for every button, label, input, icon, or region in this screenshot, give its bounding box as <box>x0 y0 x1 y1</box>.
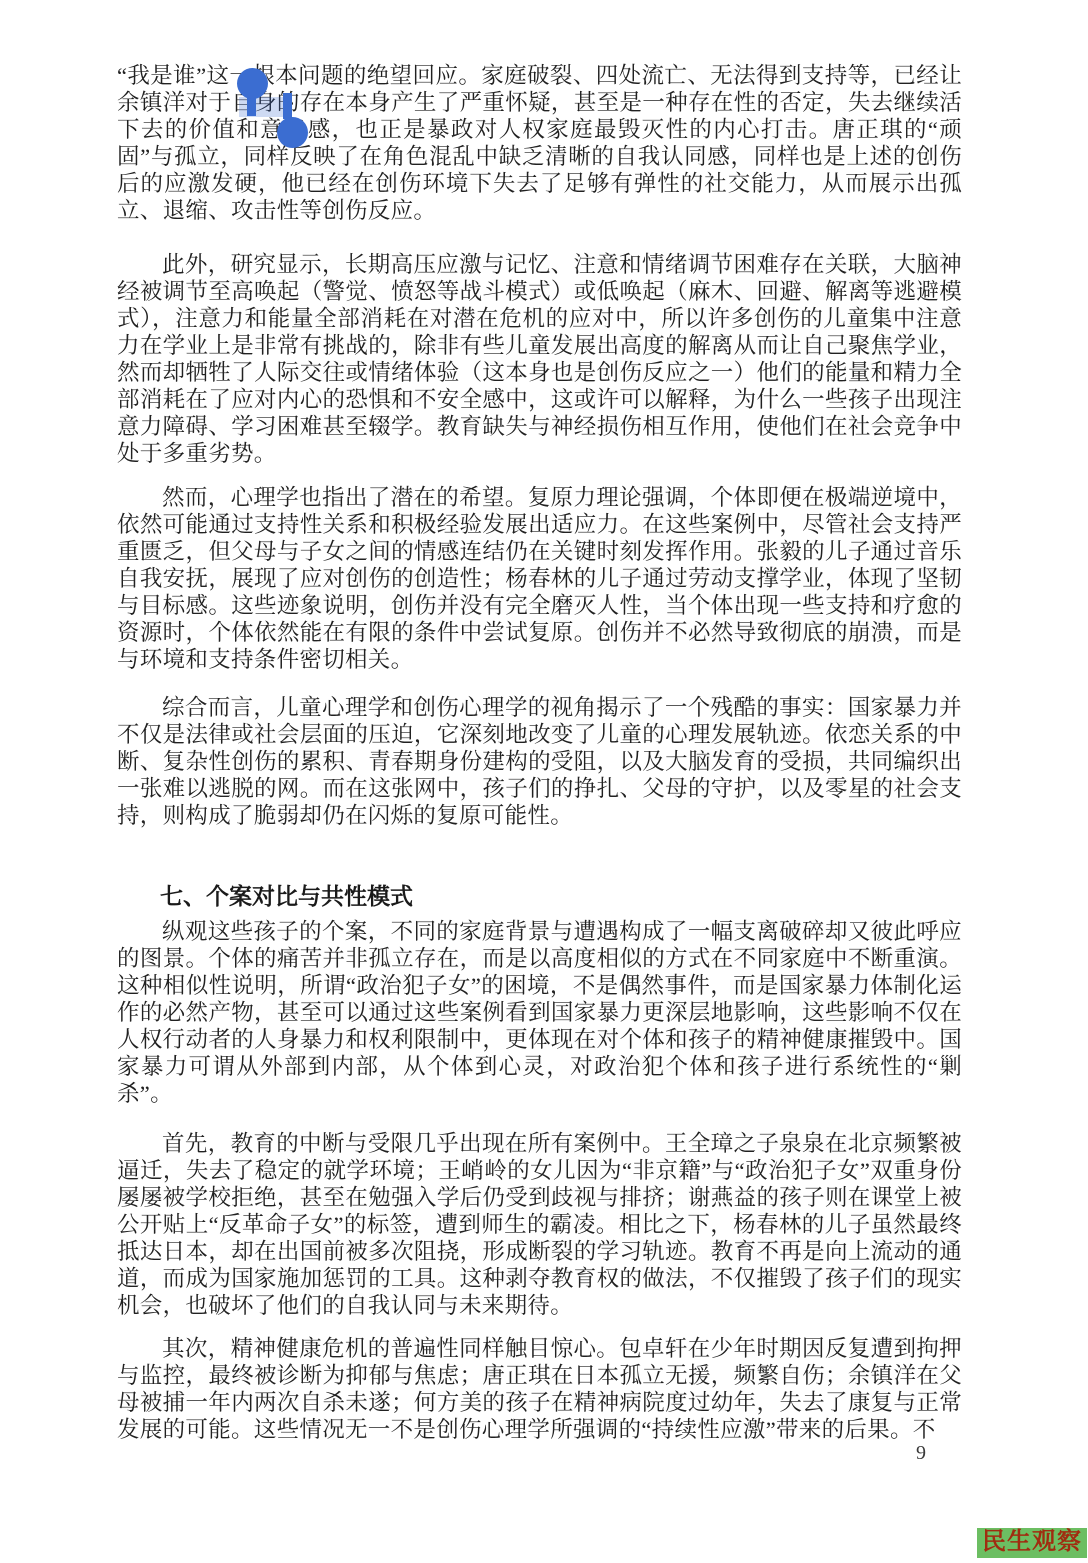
document-page: “我是谁”这一根本问题的绝望回应。家庭破裂、四处流亡、无法得到支持等，已经让余镇… <box>0 0 1088 1563</box>
selection-start-knob-icon <box>237 68 268 99</box>
paragraph-3: 然而，心理学也指出了潜在的希望。复原力理论强调，个体即便在极端逆境中，依然可能通… <box>117 484 962 673</box>
paragraph-2: 此外，研究显示，长期高压应激与记忆、注意和情绪调节困难存在关联，大脑神经被调节至… <box>117 251 962 467</box>
selection-end-knob-icon <box>277 117 308 148</box>
section-heading: 七、个案对比与共性模式 <box>160 878 413 911</box>
selection-end-caret <box>283 93 292 119</box>
page-number: 9 <box>916 1442 926 1465</box>
paragraph-5: 纵观这些孩子的个案，不同的家庭背景与遭遇构成了一幅支离破碎却又彼此呼应的图景。个… <box>117 918 962 1107</box>
watermark-badge: 民生观察 <box>977 1528 1087 1558</box>
paragraph-7: 其次，精神健康危机的普遍性同样触目惊心。包卓轩在少年时期因反复遭到拘押与监控，最… <box>117 1335 962 1443</box>
paragraph-4: 综合而言，儿童心理学和创伤心理学的视角揭示了一个残酷的事实：国家暴力并不仅是法律… <box>117 694 962 829</box>
paragraph-6: 首先，教育的中断与受限几乎出现在所有案例中。王全璋之子泉泉在北京频繁被逼迁，失去… <box>117 1130 962 1319</box>
